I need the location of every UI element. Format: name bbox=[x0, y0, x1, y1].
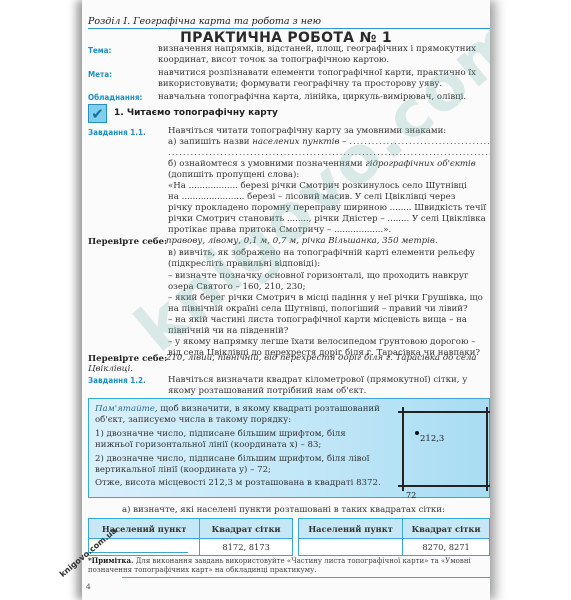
task-1-1-intro: Навчіться читати топографічну карту за у… bbox=[168, 126, 490, 137]
vertical-line-label: 72 bbox=[406, 491, 416, 500]
check-answer-text: правову, лівому, 0,1 м, 0,7 м, річка Віл… bbox=[166, 236, 438, 246]
task-1-2-intro: Навчіться визначати квадрат кілометрової… bbox=[168, 375, 490, 397]
footnote-text: Для виконання завдань використовуйте «Ча… bbox=[88, 557, 471, 574]
section-header: Розділ І. Географічна карта та робота з … bbox=[88, 16, 490, 29]
horizontal-line-label: 83 bbox=[489, 479, 490, 488]
task-c-item: – визначте позначку основної горизонталі… bbox=[168, 271, 490, 293]
grid-line bbox=[398, 411, 490, 413]
table-row: 8270, 8271 bbox=[299, 539, 490, 556]
task-c-item: – який берег річки Смотрич в місці падін… bbox=[168, 293, 490, 315]
remember-italic: Пам'ятайте bbox=[95, 404, 155, 414]
grid-line bbox=[398, 485, 490, 487]
textbook-page: knigovo.com.ua Розділ І. Географічна кар… bbox=[82, 0, 490, 600]
quote-line: річку прокладено поромну переправу ширин… bbox=[168, 203, 490, 214]
check-yourself-answer: 210, лівий, північній, від перехрестя до… bbox=[88, 353, 490, 375]
checkmark-icon: ✔ bbox=[88, 104, 107, 123]
check-yourself-answer: правову, лівому, 0,1 м, 0,7 м, річка Віл… bbox=[166, 236, 490, 247]
remember-item-2: 2) двозначне число, підписане більшим шр… bbox=[95, 454, 385, 476]
elevation-point bbox=[415, 431, 419, 435]
section-heading: 1. Читаємо топографічну карту bbox=[114, 108, 278, 118]
remember-conclusion: Отже, висота місцевості 212,3 м розташов… bbox=[95, 478, 385, 489]
task-b-italic: гідрографічних об'єктів bbox=[365, 159, 475, 169]
theme-label: Тема: bbox=[88, 46, 111, 55]
elevation-label: 212,3 bbox=[420, 434, 444, 444]
equipment-label: Обладнання: bbox=[88, 93, 142, 102]
grid-table-1: Населений пункт Квадрат сітки 8172, 8173 bbox=[88, 518, 293, 556]
bottom-divider bbox=[122, 577, 490, 578]
grid-line bbox=[486, 407, 488, 491]
table-header: Квадрат сітки bbox=[403, 519, 490, 539]
check-yourself-label: Перевірте себе: bbox=[88, 237, 167, 247]
task-b-text: б) ознайомтеся з умовними позначеннями г… bbox=[168, 159, 490, 181]
task-a-italic: населених пунктів bbox=[252, 137, 339, 147]
theme-text: визначення напрямків, відстаней, площ, г… bbox=[158, 44, 488, 66]
answer-blank-line[interactable]: ........................................… bbox=[168, 148, 490, 159]
footnote-label: *Примітка. bbox=[88, 556, 133, 565]
quote-line: річки Смотрич становить ........, річки … bbox=[168, 214, 490, 225]
task-a-prefix: а) запишіть назви bbox=[168, 137, 252, 147]
footnote: *Примітка. Для виконання завдань викорис… bbox=[88, 556, 490, 575]
settlement-answer-cell[interactable] bbox=[299, 539, 403, 556]
grid-square-cell: 8270, 8271 bbox=[403, 539, 490, 556]
task-b-suffix: (допишіть пропущені слова): bbox=[168, 170, 299, 180]
grid-line bbox=[402, 407, 404, 491]
task-a-instruction: а) визначте, які населені пункти розташо… bbox=[122, 505, 490, 516]
grid-square-cell: 8172, 8173 bbox=[200, 539, 293, 556]
quote-line: на ....................... березі – лісо… bbox=[168, 192, 490, 203]
table-header: Населений пункт bbox=[299, 519, 403, 539]
task-1-1-label: Завдання 1.1. bbox=[88, 128, 146, 137]
task-c-item: – на якій частині листа топографічної ка… bbox=[168, 315, 490, 337]
footnote-divider bbox=[88, 552, 188, 553]
quote-line: «На .................. березі річки Смот… bbox=[168, 181, 490, 192]
check-answer-text: 210, лівий, північній, від перехрестя до… bbox=[88, 353, 477, 374]
table-header: Квадрат сітки bbox=[200, 519, 293, 539]
task-a-suffix: – bbox=[339, 137, 346, 147]
goal-text: навчитися розпізнавати елементи топограф… bbox=[158, 68, 488, 90]
grid-square-diagram: 212,3 72 83 bbox=[398, 407, 490, 489]
grid-table-2: Населений пункт Квадрат сітки 8270, 8271 bbox=[298, 518, 490, 556]
task-a-line: а) запишіть назви населених пунктів – ..… bbox=[168, 137, 490, 148]
remember-box: Пам'ятайте, щоб визначити, в якому квадр… bbox=[88, 398, 490, 498]
page-number: 4 bbox=[86, 582, 91, 591]
equipment-text: навчальна топографічна карта, лінійка, ц… bbox=[158, 92, 488, 103]
task-b-prefix: б) ознайомтеся з умовними позначеннями bbox=[168, 159, 365, 169]
answer-blank[interactable]: ........................................ bbox=[349, 137, 490, 147]
task-1-2-label: Завдання 1.2. bbox=[88, 376, 146, 385]
quote-line: протікає права притока Смотричу – ......… bbox=[168, 225, 490, 236]
remember-lead: Пам'ятайте, щоб визначити, в якому квадр… bbox=[95, 404, 385, 426]
task-c-intro: в) вивчіть, як зображено на топографічні… bbox=[168, 248, 490, 270]
remember-item-1: 1) двозначне число, підписане більшим шр… bbox=[95, 429, 385, 451]
goal-label: Мета: bbox=[88, 70, 112, 79]
